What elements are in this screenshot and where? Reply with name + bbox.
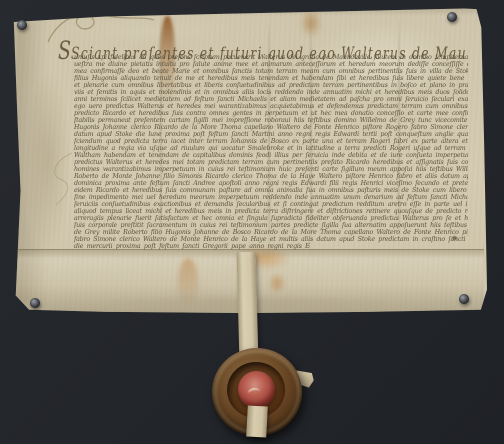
script-line: fabro Simone clerico Waltero de Monte He…: [74, 236, 468, 243]
script-line: predicto Ricardo et heredibus ſuis contr…: [74, 110, 468, 117]
mounting-pin-bottom-left: [30, 298, 40, 308]
mounting-pin-top-right: [447, 12, 457, 22]
script-line: viis et ſemitis in aquis et molendinis e…: [74, 89, 468, 96]
seal-tag: [237, 252, 259, 360]
script-line: Waltham habendam et tenendam de capitali…: [74, 152, 468, 159]
script-line: de Grey milite Roberto filio Hugonis Joh…: [74, 229, 468, 236]
mounting-pin-bottom-right: [459, 294, 469, 304]
script-line: ſtabilis permaneat preſentem cartam ſigi…: [74, 117, 468, 124]
script-lines: uniuſis xpi fidelibus ad quos preſens ſc…: [74, 54, 468, 250]
script-line: datum apud Stoke die lune proxima poſt f…: [74, 131, 468, 138]
script-line: ego uero predictus Walterus et heredes m…: [74, 103, 468, 110]
script-line: arreragiis plenarie fuerit ſatisfactum e…: [74, 215, 468, 222]
mounting-pin-top-left: [17, 20, 27, 30]
script-line: aliquod tempus liceat michi et heredibus…: [74, 208, 468, 215]
seal-tag-end: [246, 405, 268, 437]
script-line: filius Hugonis aliquando tenuit de me et…: [74, 75, 468, 82]
top-edge-shadow: [10, 6, 488, 16]
script-line: mea confirmaſſe deo et beate Marie et om…: [74, 68, 468, 75]
script-line: ſciendum quod predicta terra iacet inter…: [74, 138, 468, 145]
script-line: ueſtra me diuine pietatis intuitu pro ſa…: [74, 61, 468, 68]
script-line: ſeruiciis conſuetudinibus exactionibus e…: [74, 201, 468, 208]
illuminated-initial-flourish: [46, 10, 156, 44]
script-line: Roberto de Monte Johanne filio Simonis R…: [74, 173, 468, 180]
script-line: et plenarie cum omnibus libertatibus et …: [74, 82, 468, 89]
script-line: homines warantizabimus imperpetuum in cu…: [74, 166, 468, 173]
script-line: anni terminos ſcilicet medietatem ad feſ…: [74, 96, 468, 103]
script-line: ſine impedimento mei uel heredum meorum …: [74, 194, 468, 201]
script-line: Hugonis Johanne clerico Ricardo de la Mo…: [74, 124, 468, 131]
photograph-of-charter: SSciant preſentes et futuri quod ego Wal…: [0, 0, 504, 444]
script-line: ſuis corporale preſtitit ſacramentum in …: [74, 222, 468, 229]
margin-flourish: [44, 151, 78, 207]
script-line: eidem Ricardo et heredibus ſuis communam…: [74, 187, 468, 194]
script-line: uniuſis xpi fidelibus ad quos preſens ſc…: [74, 54, 468, 61]
script-line: longitudine a regia via uſque ad riuulum…: [74, 145, 468, 152]
manuscript-text: SSciant preſentes et futuri quod ego Wal…: [74, 36, 468, 250]
script-line: predictus Walterus et heredes mei totam …: [74, 159, 468, 166]
script-line: dominica proxima ante feſtum ſancti Andr…: [74, 180, 468, 187]
